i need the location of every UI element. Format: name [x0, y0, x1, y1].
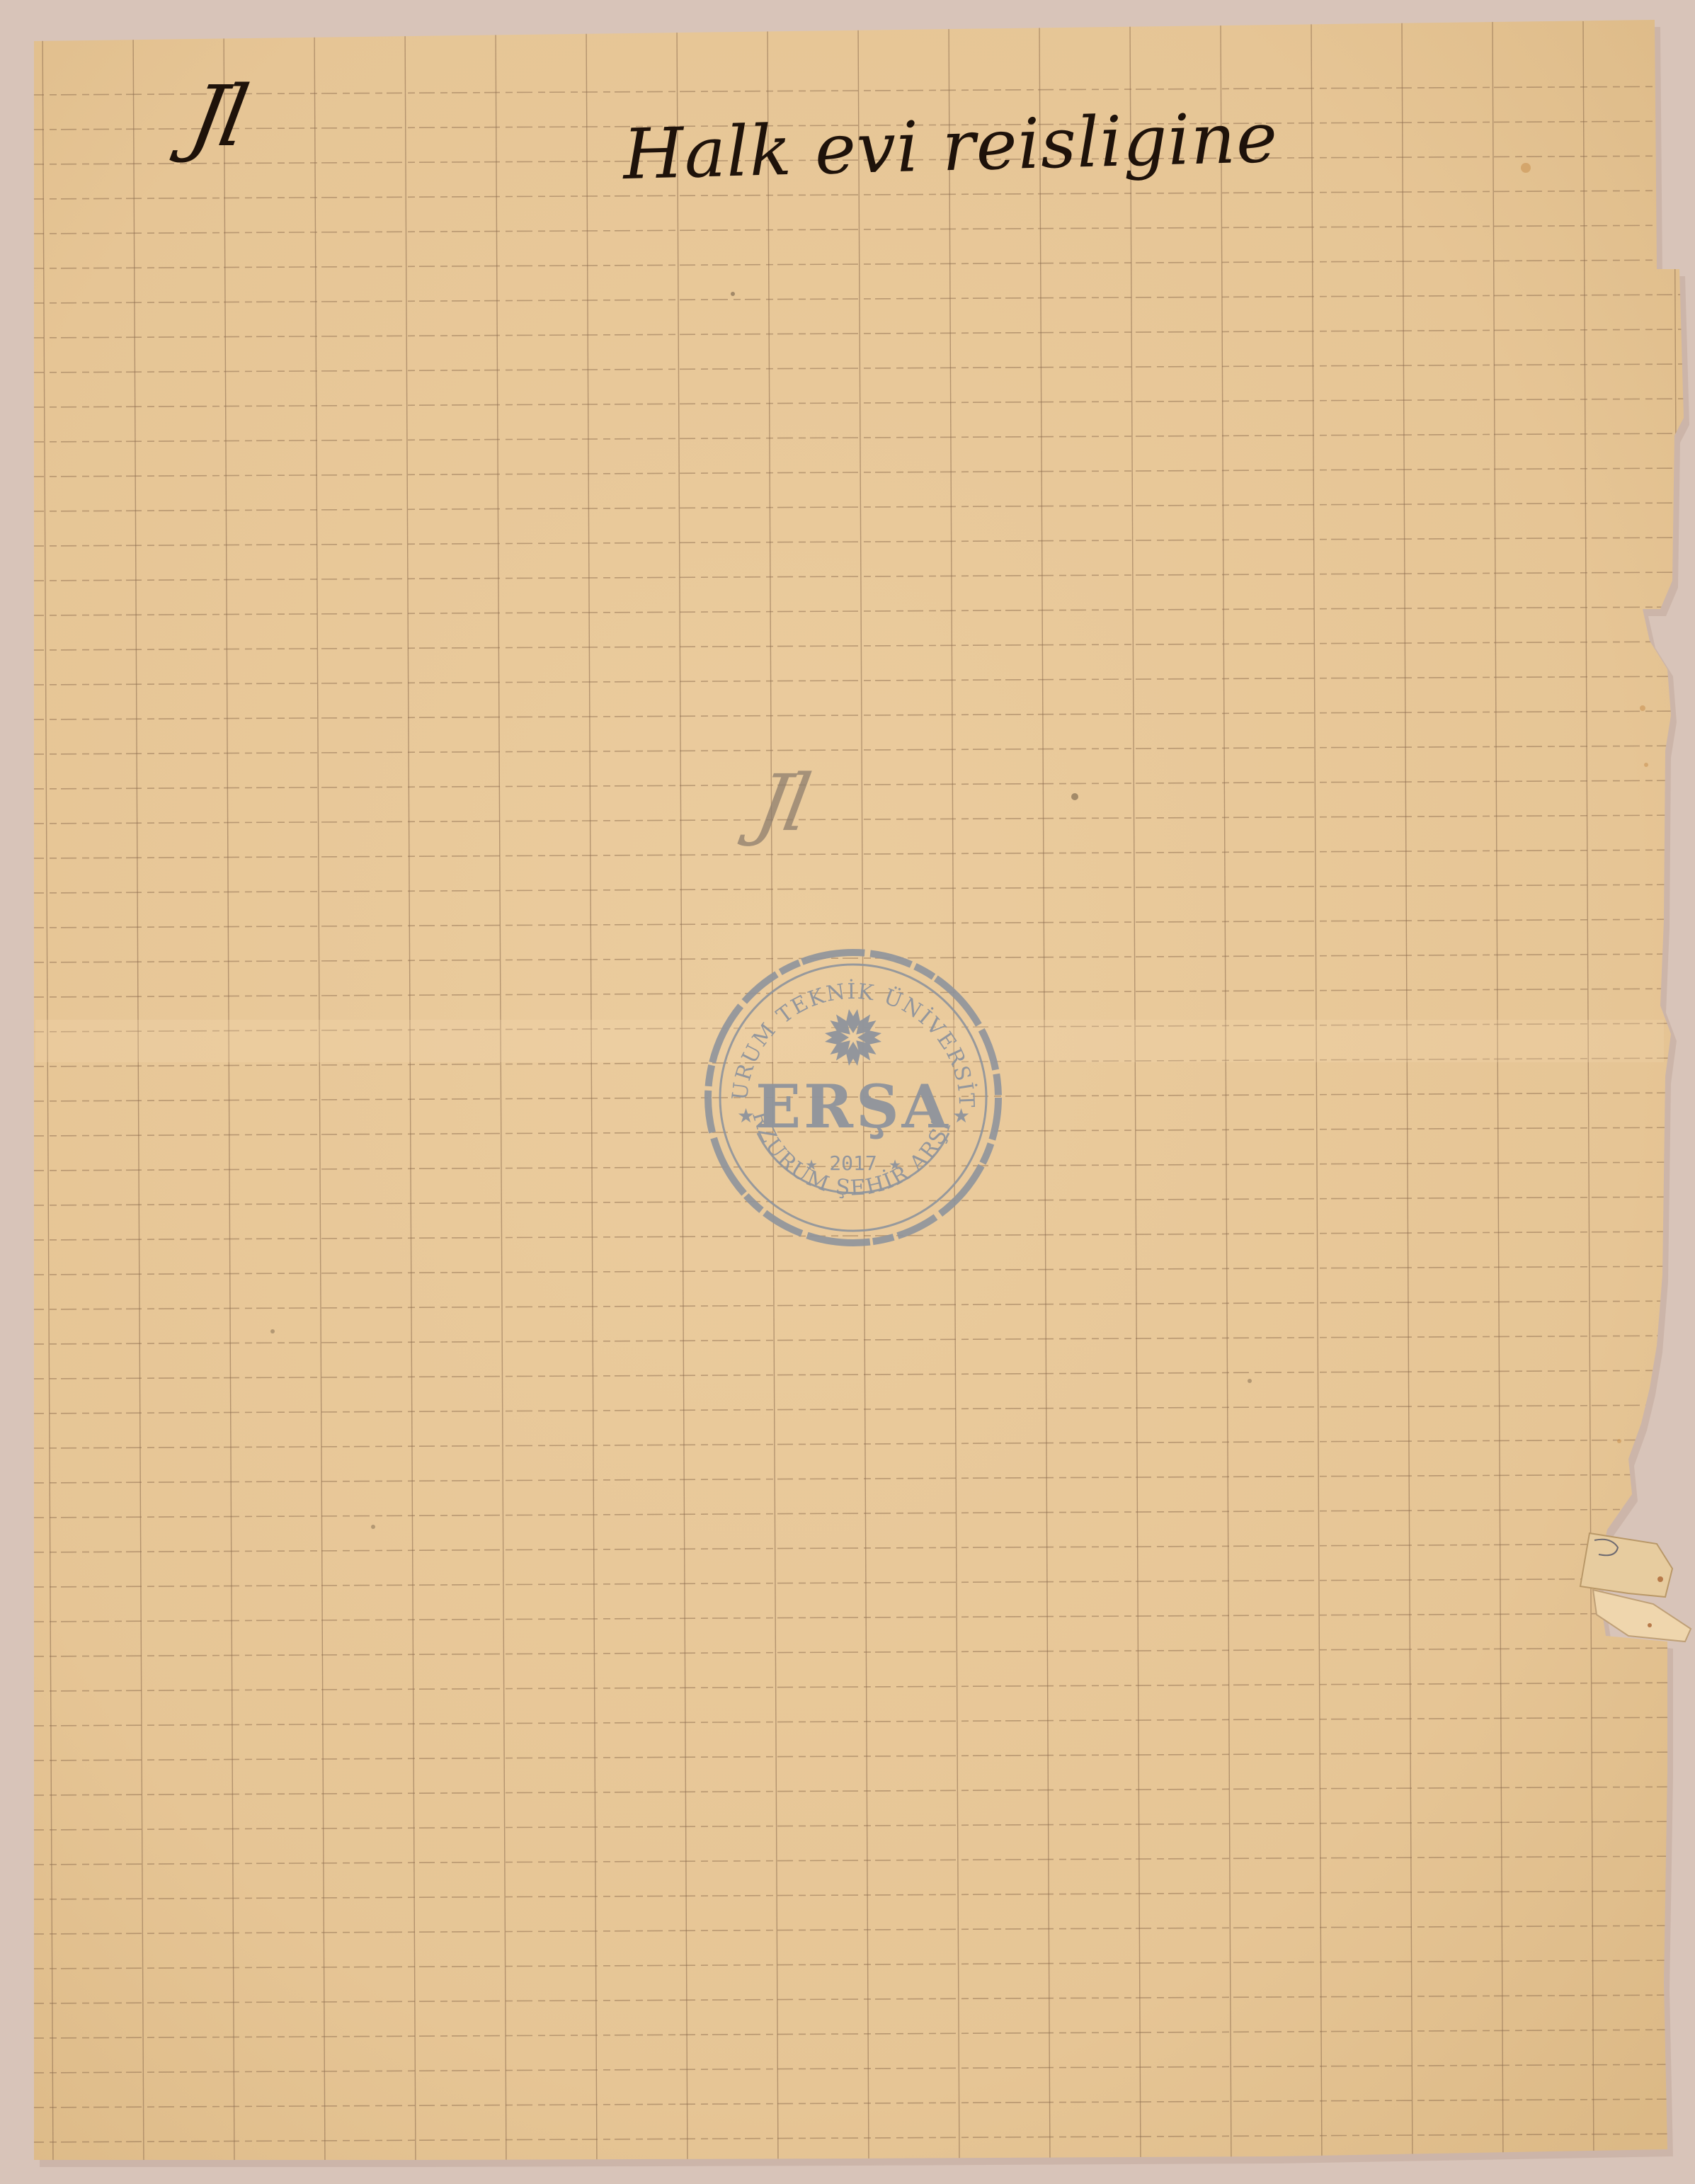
addressee-heading: Halk evi reisligine — [622, 98, 1279, 195]
document-scan: Jl Halk evi reisligine Jl ERZURUM TEKNİK… — [0, 0, 1695, 2184]
stamp-center-text: ERŞA — [755, 1071, 951, 1142]
archive-stamp: ERZURUM TEKNİK ÜNİVERSİTESİ ERZURUM ŞEHİ… — [697, 942, 1009, 1253]
star-icon: ★ — [952, 1104, 970, 1127]
stamp-year: ★ 2017 ★ — [806, 1151, 901, 1175]
star-icon: ★ — [737, 1104, 755, 1127]
snowflake-emblem-icon — [825, 1009, 881, 1066]
